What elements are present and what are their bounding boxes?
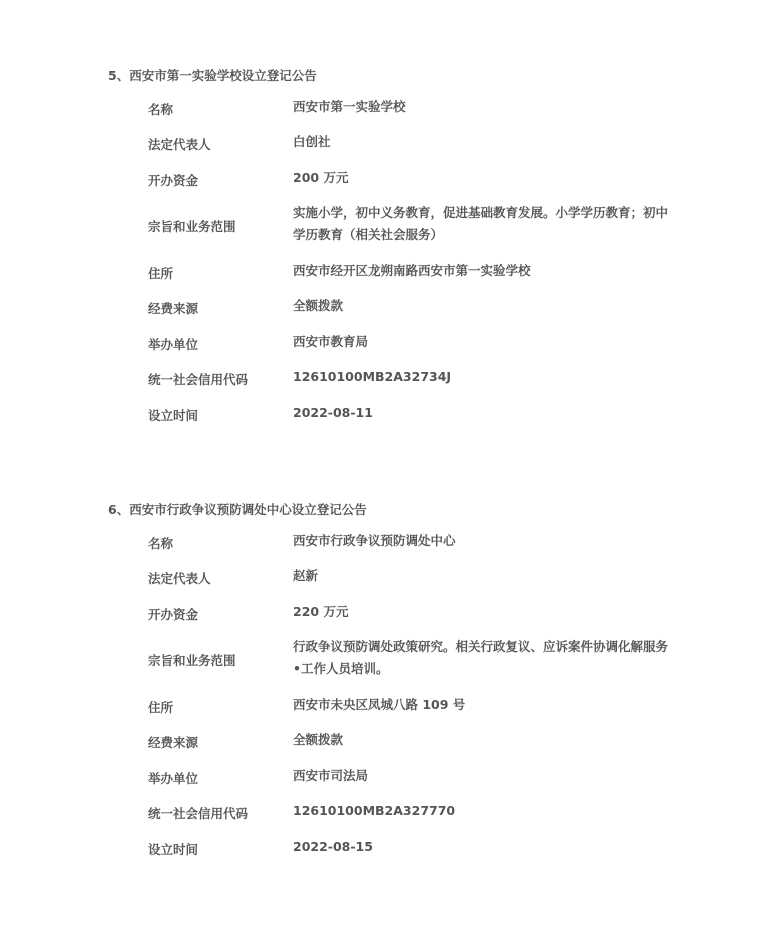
field-value: 12610100MB2A327770 [293,800,673,822]
field-value: 200 万元 [293,167,673,189]
field-label: 宗旨和业务范围 [148,651,236,669]
field-value: 全额拨款 [293,295,673,317]
field-value: 行政争议预防调处政策研究。相关行政复议、应诉案件协调化解服务•工作人员培训。 [293,636,673,680]
field-value: 2022-08-15 [293,836,673,858]
field-label: 名称 [148,100,173,118]
field-value: 西安市行政争议预防调处中心 [293,530,673,552]
field-value: 西安市第一实验学校 [293,96,673,118]
section-title: 6、西安市行政争议预防调处中心设立登记公告 [108,500,367,518]
field-value: 西安市未央区凤城八路 109 号 [293,694,673,716]
field-label: 法定代表人 [148,135,211,153]
field-value: 西安市经开区龙朔南路西安市第一实验学校 [293,260,673,282]
field-label: 经费来源 [148,299,198,317]
field-label: 宗旨和业务范围 [148,217,236,235]
field-value: 西安市司法局 [293,765,673,787]
field-value: 2022-08-11 [293,402,673,424]
field-label: 法定代表人 [148,569,211,587]
field-label: 名称 [148,534,173,552]
field-label: 住所 [148,264,173,282]
field-value: 西安市教育局 [293,331,673,353]
field-value: 12610100MB2A32734J [293,366,673,388]
field-label: 设立时间 [148,406,198,424]
field-label: 开办资金 [148,171,198,189]
field-label: 经费来源 [148,733,198,751]
section-title: 5、西安市第一实验学校设立登记公告 [108,66,317,84]
field-label: 统一社会信用代码 [148,804,248,822]
field-value: 实施小学，初中义务教育，促进基础教育发展。小学学历教育；初中学历教育（相关社会服… [293,202,673,246]
field-label: 设立时间 [148,840,198,858]
field-label: 统一社会信用代码 [148,370,248,388]
field-value: 赵新 [293,565,673,587]
field-value: 220 万元 [293,601,673,623]
field-label: 举办单位 [148,769,198,787]
field-value: 白创社 [293,131,673,153]
field-label: 开办资金 [148,605,198,623]
field-label: 住所 [148,698,173,716]
field-value: 全额拨款 [293,729,673,751]
field-label: 举办单位 [148,335,198,353]
